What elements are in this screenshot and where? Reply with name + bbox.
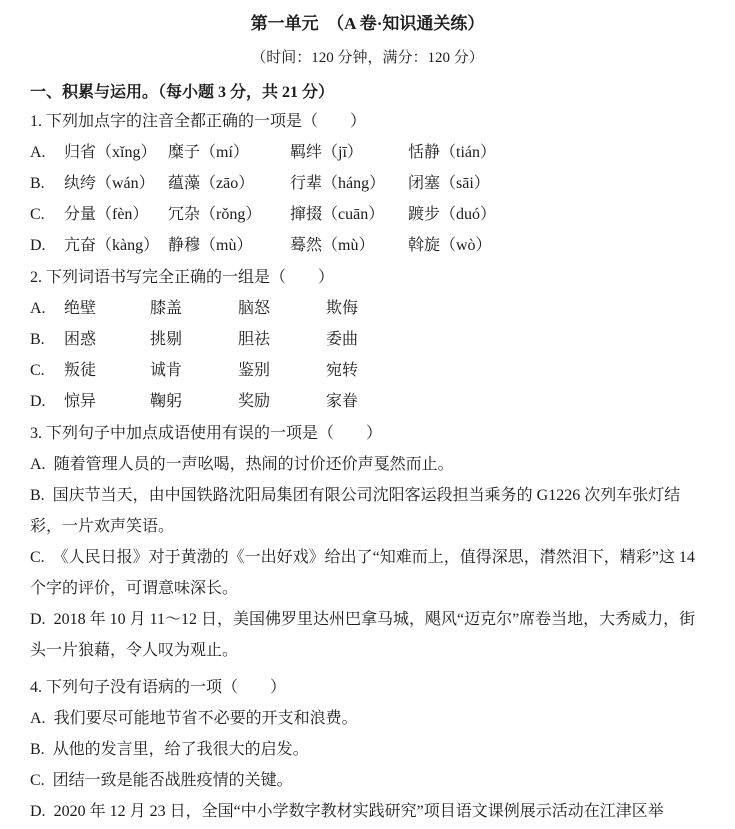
option-word: 家眷: [326, 386, 705, 417]
option-word: 叛徒: [64, 355, 150, 386]
option-a-label: A.: [30, 456, 46, 473]
section-heading: 一、积累与运用。（每小题 3 分，共 21 分）: [30, 81, 705, 105]
option-word: 冗杂（rǒng）: [168, 199, 290, 230]
question-3-option-b: B.国庆节当天，由中国铁路沈阳局集团有限公司沈阳客运段担当乘务的 G1226 次…: [30, 480, 705, 542]
option-word: 鞠躬: [150, 386, 238, 417]
exam-paper: 第一单元 （A 卷·知识通关练） （时间：120 分钟，满分：120 分） 一、…: [0, 0, 735, 829]
question-1-stem: 1. 下列加点字的注音全都正确的一项是（ ）: [30, 106, 705, 137]
option-b-label: B.: [30, 324, 64, 355]
option-b-label: B.: [30, 741, 45, 758]
option-word: 绝壁: [64, 293, 150, 324]
option-word: 欺侮: [326, 293, 705, 324]
question-2-option-a: A. 绝壁 膝盖 脑怒 欺侮: [30, 293, 705, 324]
option-word: 踱步（duó）: [408, 199, 705, 230]
option-text: 2018 年 10 月 11～12 日，美国佛罗里达州巴拿马城，飓风“迈克尔”席…: [30, 611, 695, 659]
option-text: 我们要尽可能地节省不必要的开支和浪费。: [54, 710, 358, 727]
question-1-option-a: A. 归省（xǐng） 糜子（mí） 羁绊（jī） 恬静（tián）: [30, 137, 705, 168]
option-d-label: D.: [30, 230, 64, 261]
question-2-option-b: B. 困惑 挑剔 胆祛 委曲: [30, 324, 705, 355]
option-word: 委曲: [326, 324, 705, 355]
option-word: 纨绔（wán）: [64, 168, 168, 199]
option-a-label: A.: [30, 710, 46, 727]
option-c-label: C.: [30, 549, 45, 566]
option-word: 胆祛: [238, 324, 326, 355]
question-3-option-a: A.随着管理人员的一声吆喝，热闹的讨价还价声戛然而止。: [30, 449, 705, 480]
option-word: 静穆（mù）: [168, 230, 290, 261]
question-2-option-c: C. 叛徒 诚肯 鉴别 宛转: [30, 355, 705, 386]
option-text: 《人民日报》对于黄渤的《一出好戏》给出了“知难而上，值得深思，潸然泪下，精彩”这…: [30, 549, 695, 597]
option-word: 斡旋（wò）: [408, 230, 705, 261]
option-word: 归省（xǐng）: [64, 137, 168, 168]
option-word: 鉴别: [238, 355, 326, 386]
exam-info: （时间：120 分钟，满分：120 分）: [30, 47, 705, 69]
option-word: 奖励: [238, 386, 326, 417]
question-3: 3. 下列句子中加点成语使用有误的一项是（ ） A.随着管理人员的一声吆喝，热闹…: [30, 418, 705, 666]
option-b-label: B.: [30, 487, 45, 504]
question-1-option-b: B. 纨绔（wán） 蕴藻（zāo） 行辈（háng） 闭塞（sāi）: [30, 168, 705, 199]
question-1: 1. 下列加点字的注音全都正确的一项是（ ） A. 归省（xǐng） 糜子（mí…: [30, 106, 705, 261]
option-word: 困惑: [64, 324, 150, 355]
question-4-option-a: A.我们要尽可能地节省不必要的开支和浪费。: [30, 703, 705, 734]
question-2-stem: 2. 下列词语书写完全正确的一组是（ ）: [30, 262, 705, 293]
question-1-option-c: C. 分量（fèn） 冗杂（rǒng） 撺掇（cuān） 踱步（duó）: [30, 199, 705, 230]
question-3-stem: 3. 下列句子中加点成语使用有误的一项是（ ）: [30, 418, 705, 449]
option-word: 诚肯: [150, 355, 238, 386]
option-c-label: C.: [30, 355, 64, 386]
question-2: 2. 下列词语书写完全正确的一组是（ ） A. 绝壁 膝盖 脑怒 欺侮 B. 困…: [30, 262, 705, 417]
question-4-option-b: B.从他的发言里，给了我很大的启发。: [30, 734, 705, 765]
option-a-label: A.: [30, 293, 64, 324]
option-word: 惊异: [64, 386, 150, 417]
option-word: 脑怒: [238, 293, 326, 324]
question-3-option-c: C.《人民日报》对于黄渤的《一出好戏》给出了“知难而上，值得深思，潸然泪下，精彩…: [30, 542, 705, 604]
option-word: 膝盖: [150, 293, 238, 324]
option-text: 2020 年 12 月 23 日，全国“中小学数字教材实践研究”项目语文课例展示…: [54, 803, 664, 820]
option-text: 随着管理人员的一声吆喝，热闹的讨价还价声戛然而止。: [54, 456, 454, 473]
option-a-label: A.: [30, 137, 64, 168]
option-word: 挑剔: [150, 324, 238, 355]
option-d-label: D.: [30, 611, 46, 628]
option-b-label: B.: [30, 168, 64, 199]
question-4: 4. 下列句子没有语病的一项（ ） A.我们要尽可能地节省不必要的开支和浪费。 …: [30, 672, 705, 827]
option-text: 从他的发言里，给了我很大的启发。: [53, 741, 309, 758]
option-word: 宛转: [326, 355, 705, 386]
option-word: 闭塞（sāi）: [408, 168, 705, 199]
question-2-option-d: D. 惊异 鞠躬 奖励 家眷: [30, 386, 705, 417]
option-word: 羁绊（jī）: [290, 137, 408, 168]
option-word: 分量（fèn）: [64, 199, 168, 230]
option-c-label: C.: [30, 199, 64, 230]
option-c-label: C.: [30, 772, 45, 789]
option-word: 撺掇（cuān）: [290, 199, 408, 230]
option-text: 国庆节当天，由中国铁路沈阳局集团有限公司沈阳客运段担当乘务的 G1226 次列车…: [30, 487, 680, 535]
option-d-label: D.: [30, 803, 46, 820]
question-3-option-d: D.2018 年 10 月 11～12 日，美国佛罗里达州巴拿马城，飓风“迈克尔…: [30, 604, 705, 666]
option-text: 团结一致是能否战胜疫情的关键。: [53, 772, 293, 789]
option-word: 蕴藻（zāo）: [168, 168, 290, 199]
option-word: 蓦然（mù）: [290, 230, 408, 261]
page-title: 第一单元 （A 卷·知识通关练）: [30, 12, 705, 36]
option-word: 糜子（mí）: [168, 137, 290, 168]
question-4-option-c: C.团结一致是能否战胜疫情的关键。: [30, 765, 705, 796]
question-4-stem: 4. 下列句子没有语病的一项（ ）: [30, 672, 705, 703]
question-1-option-d: D. 亢奋（kàng） 静穆（mù） 蓦然（mù） 斡旋（wò）: [30, 230, 705, 261]
question-4-option-d: D.2020 年 12 月 23 日，全国“中小学数字教材实践研究”项目语文课例…: [30, 796, 705, 827]
option-word: 行辈（háng）: [290, 168, 408, 199]
option-word: 亢奋（kàng）: [64, 230, 168, 261]
option-d-label: D.: [30, 386, 64, 417]
option-word: 恬静（tián）: [408, 137, 705, 168]
